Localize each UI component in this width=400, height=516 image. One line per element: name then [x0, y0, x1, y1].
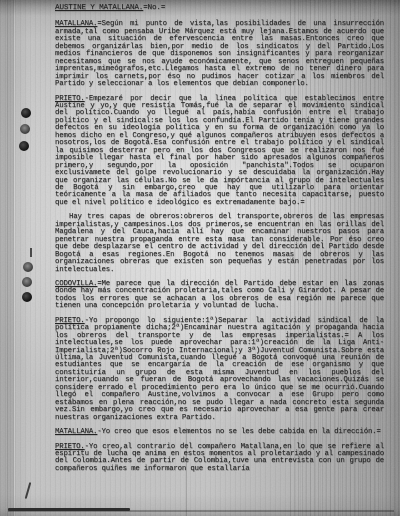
paragraph: Hay tres capas de obreros:obreros del tr… [55, 214, 384, 274]
paragraph: MATALLANA.=Según mi punto de vista,las p… [55, 21, 384, 88]
paragraph-text: -Empezaré por decir que la línea polític… [55, 95, 384, 207]
dialogue-paragraphs: MATALLANA.=Según mi punto de vista,las p… [55, 21, 384, 473]
ink-blot-mark [20, 124, 30, 134]
page-left-edge-line [7, 0, 8, 516]
ink-blot-mark [23, 262, 33, 272]
paragraph: CODOVILLA.=Me parece que la dirección de… [55, 281, 384, 311]
ink-blot-mark [22, 277, 32, 287]
paragraph: MATALLANA.-Yo creo que esos elementos no… [55, 429, 384, 436]
ink-blot-mark [22, 292, 32, 302]
paragraph: PRIETO.-Empezaré por decir que la línea … [55, 96, 384, 208]
scan-edge-line [8, 508, 130, 511]
paragraph-text: =Me parece que la dirección del Partido … [55, 280, 384, 310]
paragraph-text: =Según mi punto de vista,las posibilidad… [55, 20, 384, 88]
title-suffix: =No.= [143, 4, 165, 12]
page-left-edge-line [13, 0, 14, 516]
ink-blot-mark [19, 141, 29, 151]
scanned-document-page: AUSTINE Y MATALLANA.=No.= MATALLANA.=Seg… [0, 0, 400, 516]
paragraph: PRIETO.-Yo propongo lo siguiente:1ª)Sepa… [55, 318, 384, 422]
document-text: AUSTINE Y MATALLANA.=No.= MATALLANA.=Seg… [55, 5, 384, 480]
pen-slash-mark [25, 482, 31, 499]
paragraph-text: -Yo creo que esos elementos no se les de… [97, 428, 380, 436]
pen-tick-mark [30, 248, 32, 257]
document-title: AUSTINE Y MATALLANA.=No.= [55, 5, 384, 12]
paragraph-text: Hay tres capas de obreros:obreros del tr… [55, 213, 384, 273]
paragraph: PRIETO.-Yo creo,al contrario del compañe… [55, 444, 384, 474]
title-name: AUSTINE Y MATALLANA. [55, 4, 143, 12]
speaker-name: MATALLANA. [55, 428, 97, 436]
paragraph-text: -Yo propongo lo siguiente:1ª)Separar la … [55, 317, 384, 422]
paragraph-text: -Yo creo,al contrario del compañero Mata… [55, 443, 384, 473]
ink-blot-mark [21, 108, 31, 118]
